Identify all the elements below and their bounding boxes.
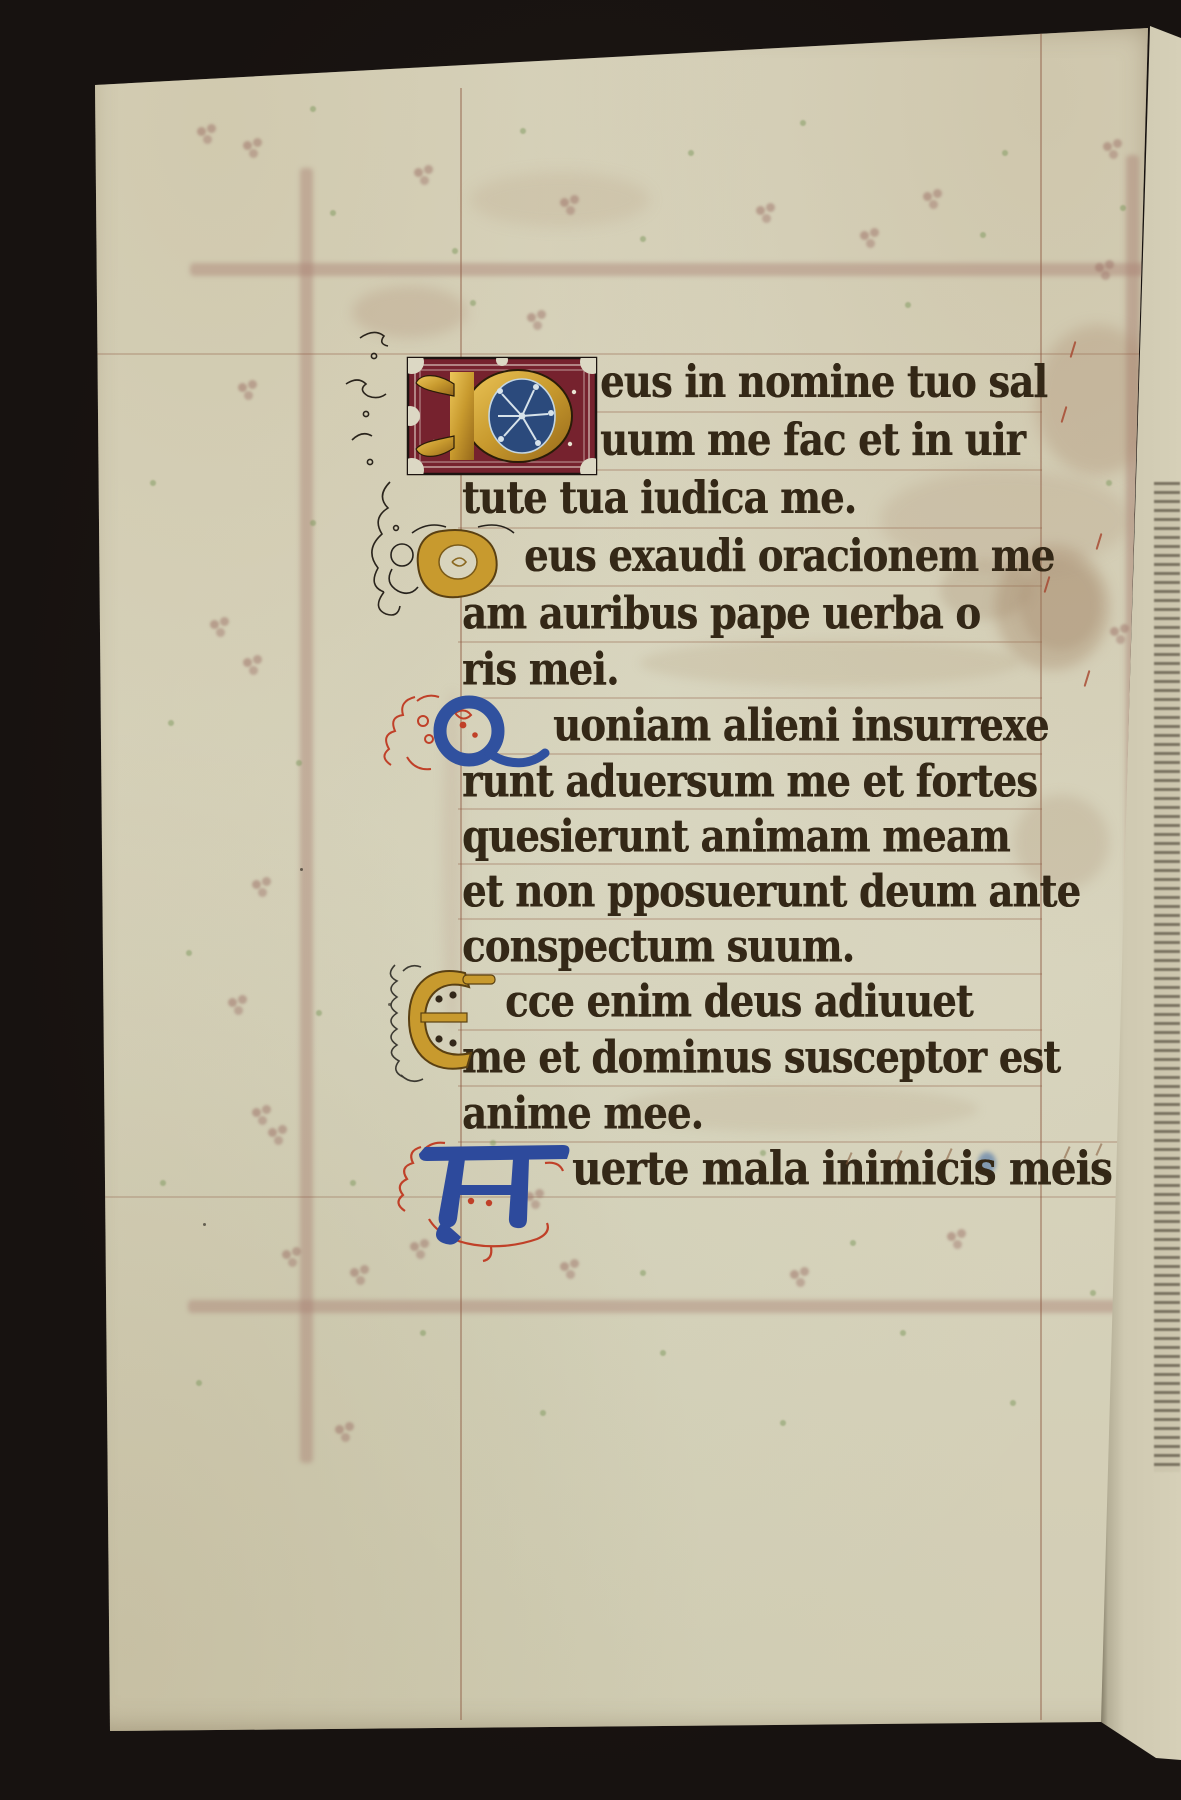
manuscript-page: eus in nomine tuo saluum me fac et in ui… bbox=[85, 25, 1152, 1731]
initial-E-gold: E bbox=[381, 959, 511, 1089]
initial-D-gold: D bbox=[382, 517, 532, 617]
scribal-marks bbox=[85, 25, 1152, 1731]
ruling-tick bbox=[895, 1150, 902, 1163]
initial-A-blue: A bbox=[395, 1123, 590, 1263]
manuscript-photo: eus in nomine tuo saluum me fac et in ui… bbox=[0, 0, 1181, 1800]
ruling-tick bbox=[1063, 1146, 1070, 1159]
ink-speck bbox=[203, 1223, 206, 1226]
ruling-tick bbox=[945, 1148, 952, 1161]
initial-Q-blue: Q bbox=[377, 687, 587, 797]
folio-edge-text-showthrough bbox=[1154, 482, 1180, 1472]
ruling-tick bbox=[845, 1152, 852, 1165]
ink-speck bbox=[300, 868, 303, 871]
ruling-tick bbox=[1095, 1143, 1102, 1156]
